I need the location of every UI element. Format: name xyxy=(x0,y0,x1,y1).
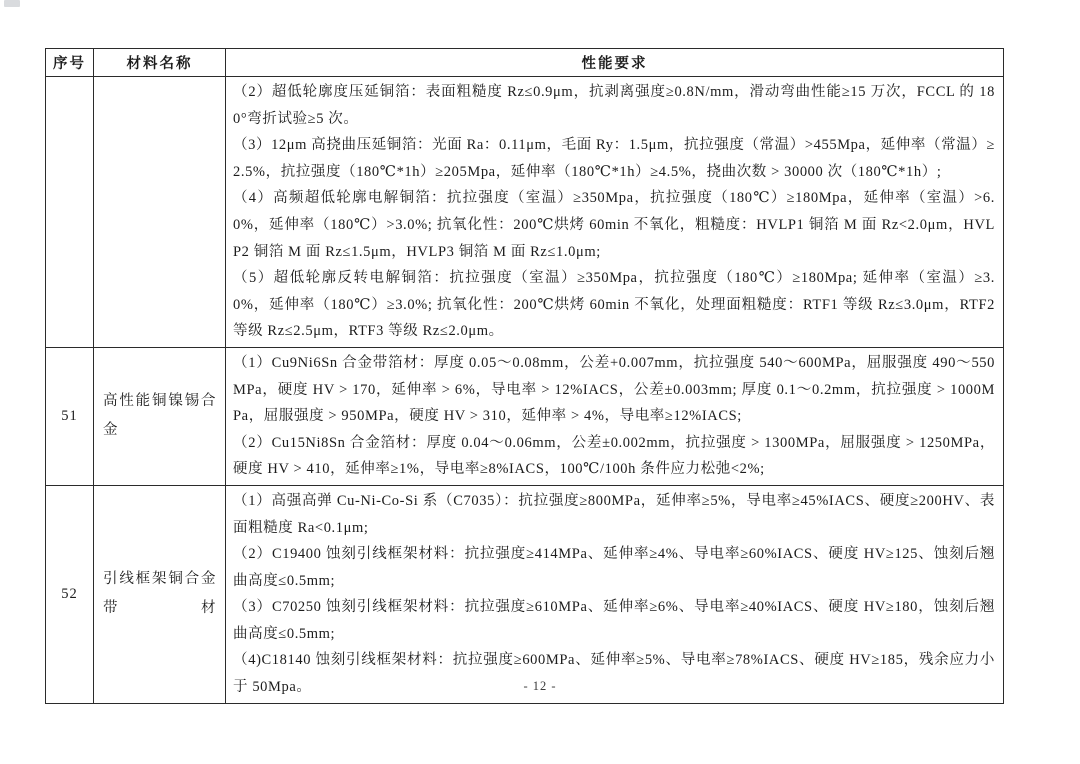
column-header-material-name: 材料名称 xyxy=(94,49,226,77)
serial-number-cell: 52 xyxy=(46,485,94,703)
material-name-cell: 引线框架铜合金带材 xyxy=(94,485,226,703)
requirements-cell: （2）超低轮廓度压延铜箔：表面粗糙度 Rz≤0.9μm，抗剥离强度≥0.8N/m… xyxy=(226,77,1004,348)
requirement-paragraph: （1）高强高弹 Cu-Ni-Co-Si 系（C7035）：抗拉强度≥800MPa… xyxy=(233,488,995,541)
scan-artifact-corner xyxy=(4,0,20,7)
requirement-paragraph: （4）高频超低轮廓电解铜箔：抗拉强度（室温）≥350Mpa，抗拉强度（180℃）… xyxy=(233,185,995,265)
table-row-51: 51 高性能铜镍锡合金 （1）Cu9Ni6Sn 合金带箔材：厚度 0.05～0.… xyxy=(46,347,1004,485)
requirements-cell: （1）Cu9Ni6Sn 合金带箔材：厚度 0.05～0.08mm，公差+0.00… xyxy=(226,347,1004,485)
requirement-paragraph: （1）Cu9Ni6Sn 合金带箔材：厚度 0.05～0.08mm，公差+0.00… xyxy=(233,350,995,430)
requirement-paragraph: （2）C19400 蚀刻引线框架材料：抗拉强度≥414MPa、延伸率≥4%、导电… xyxy=(233,541,995,594)
requirement-paragraph: （2）超低轮廓度压延铜箔：表面粗糙度 Rz≤0.9μm，抗剥离强度≥0.8N/m… xyxy=(233,79,995,132)
serial-number-cell: 51 xyxy=(46,347,94,485)
material-name-cell xyxy=(94,77,226,348)
requirements-cell: （1）高强高弹 Cu-Ni-Co-Si 系（C7035）：抗拉强度≥800MPa… xyxy=(226,485,1004,703)
material-name-cell: 高性能铜镍锡合金 xyxy=(94,347,226,485)
column-header-serial-number: 序号 xyxy=(46,49,94,77)
materials-spec-table: 序号 材料名称 性能要求 （2）超低轮廓度压延铜箔：表面粗糙度 Rz≤0.9μm… xyxy=(45,48,1004,704)
table-row-continuation: （2）超低轮廓度压延铜箔：表面粗糙度 Rz≤0.9μm，抗剥离强度≥0.8N/m… xyxy=(46,77,1004,348)
requirement-paragraph: （5）超低轮廓反转电解铜箔：抗拉强度（室温）≥350Mpa，抗拉强度（180℃）… xyxy=(233,265,995,345)
table-header-row: 序号 材料名称 性能要求 xyxy=(46,49,1004,77)
column-header-performance-requirements: 性能要求 xyxy=(226,49,1004,77)
requirement-paragraph: （2）Cu15Ni8Sn 合金箔材：厚度 0.04～0.06mm，公差±0.00… xyxy=(233,430,995,483)
page-number: - 12 - xyxy=(0,679,1080,694)
table-row-52: 52 引线框架铜合金带材 （1）高强高弹 Cu-Ni-Co-Si 系（C7035… xyxy=(46,485,1004,703)
serial-number-cell xyxy=(46,77,94,348)
requirement-paragraph: （3）C70250 蚀刻引线框架材料：抗拉强度≥610MPa、延伸率≥6%、导电… xyxy=(233,594,995,647)
requirement-paragraph: （3）12μm 高挠曲压延铜箔：光面 Ra：0.11μm，毛面 Ry：1.5μm… xyxy=(233,132,995,185)
